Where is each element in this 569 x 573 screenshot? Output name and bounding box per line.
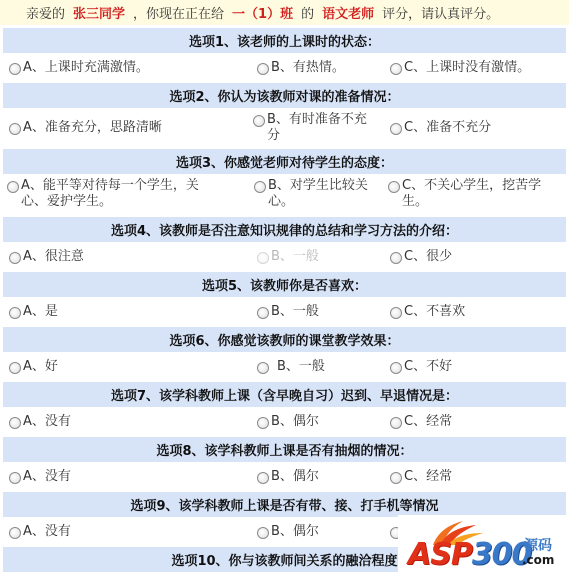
- radio-icon[interactable]: [257, 472, 269, 484]
- option-b[interactable]: B、一般: [257, 304, 319, 320]
- radio-icon[interactable]: [254, 181, 266, 193]
- option-a[interactable]: A、很注意: [9, 249, 84, 265]
- question-title: 选项5、该教师你是否喜欢：: [3, 272, 566, 297]
- option-label: C、准备不充分: [404, 120, 491, 136]
- greeting-prefix: 亲爱的: [26, 3, 65, 22]
- brand-asp: ASP: [408, 537, 472, 572]
- option-label: C、很少: [404, 249, 452, 265]
- option-label: A、没有: [23, 414, 71, 430]
- option-label: C、上课时没有激情。: [404, 60, 530, 76]
- radio-icon[interactable]: [253, 115, 265, 127]
- radio-icon[interactable]: [390, 472, 402, 484]
- option-c[interactable]: C、不好: [390, 359, 452, 375]
- radio-icon[interactable]: [390, 307, 402, 319]
- option-c[interactable]: C、经常: [390, 414, 452, 430]
- radio-icon[interactable]: [390, 417, 402, 429]
- question-6: 选项6、你感觉该教师的课堂教学效果： A、好 B、一般 C、不好: [3, 327, 566, 379]
- option-label: A、很注意: [23, 249, 84, 265]
- brand-text: ASP300: [408, 537, 531, 572]
- option-a[interactable]: A、没有: [9, 469, 71, 485]
- question-8: 选项8、该学科教师上课是否有抽烟的情况： A、没有 B、偶尔 C、经常: [3, 437, 566, 489]
- option-b[interactable]: B、有热情。: [257, 60, 345, 76]
- radio-icon[interactable]: [390, 362, 402, 374]
- option-label: B、偶尔: [271, 469, 319, 485]
- greeting-banner: 亲爱的 张三同学 ，你现在正在给 一（1）班 的 语文老师 评分，请认真评分。: [0, 0, 569, 25]
- option-a[interactable]: A、没有: [9, 414, 71, 430]
- option-b[interactable]: B、偶尔: [257, 469, 319, 485]
- option-b[interactable]: B、一般: [257, 249, 319, 265]
- option-c[interactable]: C、上课时没有激情。: [390, 60, 530, 76]
- option-label: A、准备充分，思路清晰: [23, 120, 162, 136]
- option-a[interactable]: A、上课时充满激情。: [9, 60, 149, 76]
- brand-cn: 源码: [524, 535, 552, 555]
- option-label: B、一般: [271, 249, 319, 265]
- option-label: C、经常: [404, 469, 452, 485]
- question-title: 选项7、该学科教师上课（含早晚自习）迟到、早退情况是：: [3, 382, 566, 407]
- option-label: B、偶尔: [271, 524, 319, 540]
- question-3: 选项3、你感觉老师对待学生的态度： A、能平等对待每一个学生，关心、爱护学生。 …: [3, 149, 566, 214]
- radio-icon[interactable]: [9, 417, 21, 429]
- teacher-name: 语文老师: [322, 3, 374, 22]
- radio-icon[interactable]: [9, 362, 21, 374]
- option-a[interactable]: A、能平等对待每一个学生，关心、爱护学生。: [7, 178, 222, 210]
- option-b[interactable]: B、偶尔: [257, 524, 319, 540]
- question-title: 选项9、该学科教师上课是否有带、接、打手机等情况: [3, 492, 566, 517]
- option-c[interactable]: C、经常: [390, 469, 452, 485]
- question-1: 选项1、该老师的上课时的状态： A、上课时充满激情。 B、有热情。 C、上课时没…: [3, 28, 566, 80]
- radio-icon[interactable]: [257, 307, 269, 319]
- option-label: B、一般: [277, 359, 325, 375]
- option-b[interactable]: B、有时准备不充分: [253, 112, 368, 144]
- radio-icon[interactable]: [257, 252, 269, 264]
- greeting-suffix: 评分，请认真评分。: [382, 3, 499, 22]
- option-label: A、是: [23, 304, 58, 320]
- option-c[interactable]: C、不喜欢: [390, 304, 465, 320]
- question-title: 选项2、你认为该教师对课的准备情况：: [3, 83, 566, 108]
- option-a[interactable]: A、好: [9, 359, 58, 375]
- radio-icon[interactable]: [257, 63, 269, 75]
- radio-icon[interactable]: [388, 181, 400, 193]
- option-b[interactable]: B、一般: [257, 359, 325, 375]
- radio-icon[interactable]: [9, 307, 21, 319]
- option-label: C、不喜欢: [404, 304, 465, 320]
- option-label: A、能平等对待每一个学生，关心、爱护学生。: [21, 178, 222, 210]
- option-a[interactable]: A、准备充分，思路清晰: [9, 120, 162, 136]
- option-label: C、不好: [404, 359, 452, 375]
- radio-icon[interactable]: [9, 123, 21, 135]
- greeting-mid: ，你现在正在给: [133, 3, 224, 22]
- greeting-de: 的: [301, 3, 314, 22]
- option-c[interactable]: C、不关心学生，挖苦学生。: [388, 178, 563, 210]
- radio-icon[interactable]: [257, 417, 269, 429]
- radio-icon[interactable]: [9, 252, 21, 264]
- option-b[interactable]: B、偶尔: [257, 414, 319, 430]
- question-4: 选项4、该教师是否注意知识规律的总结和学习方法的介绍： A、很注意 B、一般 C…: [3, 217, 566, 269]
- radio-icon[interactable]: [257, 527, 269, 539]
- option-label: A、没有: [23, 469, 71, 485]
- radio-icon[interactable]: [390, 63, 402, 75]
- option-label: B、偶尔: [271, 414, 319, 430]
- option-label: A、没有: [23, 524, 71, 540]
- option-label: A、上课时充满激情。: [23, 60, 149, 76]
- option-label: B、有时准备不充分: [267, 112, 368, 144]
- radio-icon[interactable]: [390, 123, 402, 135]
- radio-icon[interactable]: [9, 63, 21, 75]
- radio-icon[interactable]: [9, 527, 21, 539]
- option-label: C、不关心学生，挖苦学生。: [402, 178, 563, 210]
- option-label: B、对学生比较关心。: [268, 178, 372, 210]
- question-title: 选项4、该教师是否注意知识规律的总结和学习方法的介绍：: [3, 217, 566, 242]
- option-label: A、好: [23, 359, 58, 375]
- brand-com: .com: [522, 553, 554, 567]
- question-title: 选项3、你感觉老师对待学生的态度：: [3, 149, 566, 174]
- asp300-watermark-logo: ASP300 源码 .com: [398, 515, 569, 573]
- radio-icon[interactable]: [390, 252, 402, 264]
- question-title: 选项6、你感觉该教师的课堂教学效果：: [3, 327, 566, 352]
- option-b[interactable]: B、对学生比较关心。: [254, 178, 372, 210]
- question-5: 选项5、该教师你是否喜欢： A、是 B、一般 C、不喜欢: [3, 272, 566, 324]
- question-title: 选项8、该学科教师上课是否有抽烟的情况：: [3, 437, 566, 462]
- radio-icon[interactable]: [9, 472, 21, 484]
- option-c[interactable]: C、很少: [390, 249, 452, 265]
- question-title: 选项1、该老师的上课时的状态：: [3, 28, 566, 53]
- option-label: B、有热情。: [271, 60, 345, 76]
- option-a[interactable]: A、是: [9, 304, 58, 320]
- option-label: B、一般: [271, 304, 319, 320]
- student-name: 张三同学: [73, 3, 125, 22]
- option-c[interactable]: C、准备不充分: [390, 120, 491, 136]
- option-a[interactable]: A、没有: [9, 524, 71, 540]
- question-2: 选项2、你认为该教师对课的准备情况： A、准备充分，思路清晰 B、有时准备不充分…: [3, 83, 566, 146]
- radio-icon[interactable]: [7, 181, 19, 193]
- option-label: C、经常: [404, 414, 452, 430]
- class-name: 一（1）班: [232, 3, 293, 22]
- radio-icon[interactable]: [257, 362, 269, 374]
- question-7: 选项7、该学科教师上课（含早晚自习）迟到、早退情况是： A、没有 B、偶尔 C、…: [3, 382, 566, 434]
